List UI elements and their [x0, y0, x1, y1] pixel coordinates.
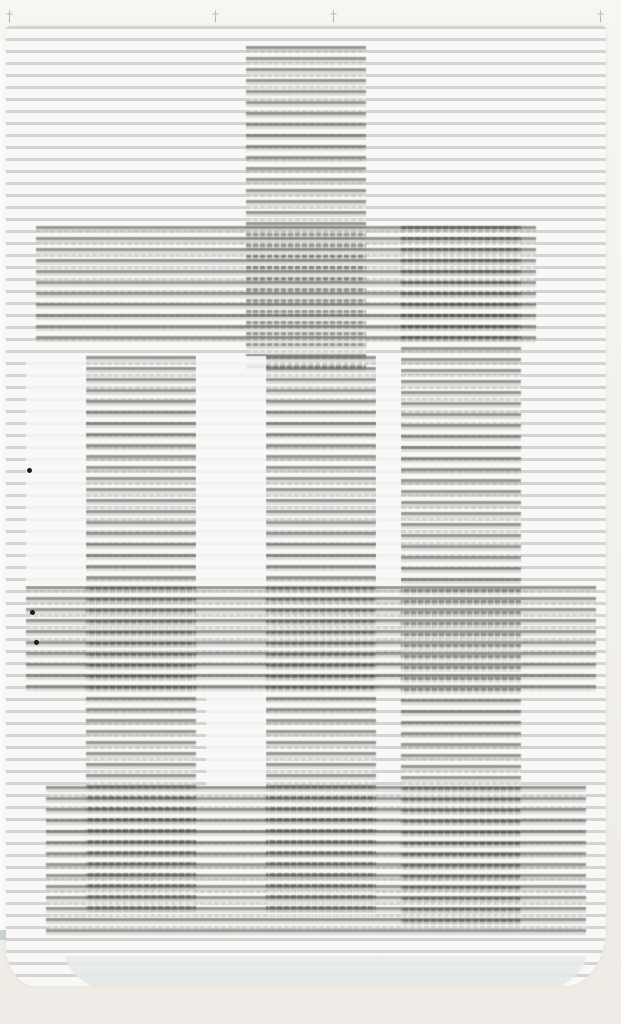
ink-spot [34, 640, 39, 645]
pin-icon: † [6, 6, 12, 28]
dense-text-band [46, 786, 586, 936]
dense-text-band [26, 586, 596, 696]
frayed-hem [66, 956, 586, 986]
blank-window [196, 356, 266, 586]
blank-window [206, 696, 266, 786]
pin-icon: † [330, 6, 336, 28]
blank-margin [26, 356, 86, 586]
pin-icon: † [212, 6, 218, 28]
ink-spot [30, 610, 35, 615]
ink-spot [27, 468, 32, 473]
pin-icon: † [597, 6, 603, 28]
blank-window [376, 356, 401, 586]
cloth-artwork [6, 26, 606, 986]
